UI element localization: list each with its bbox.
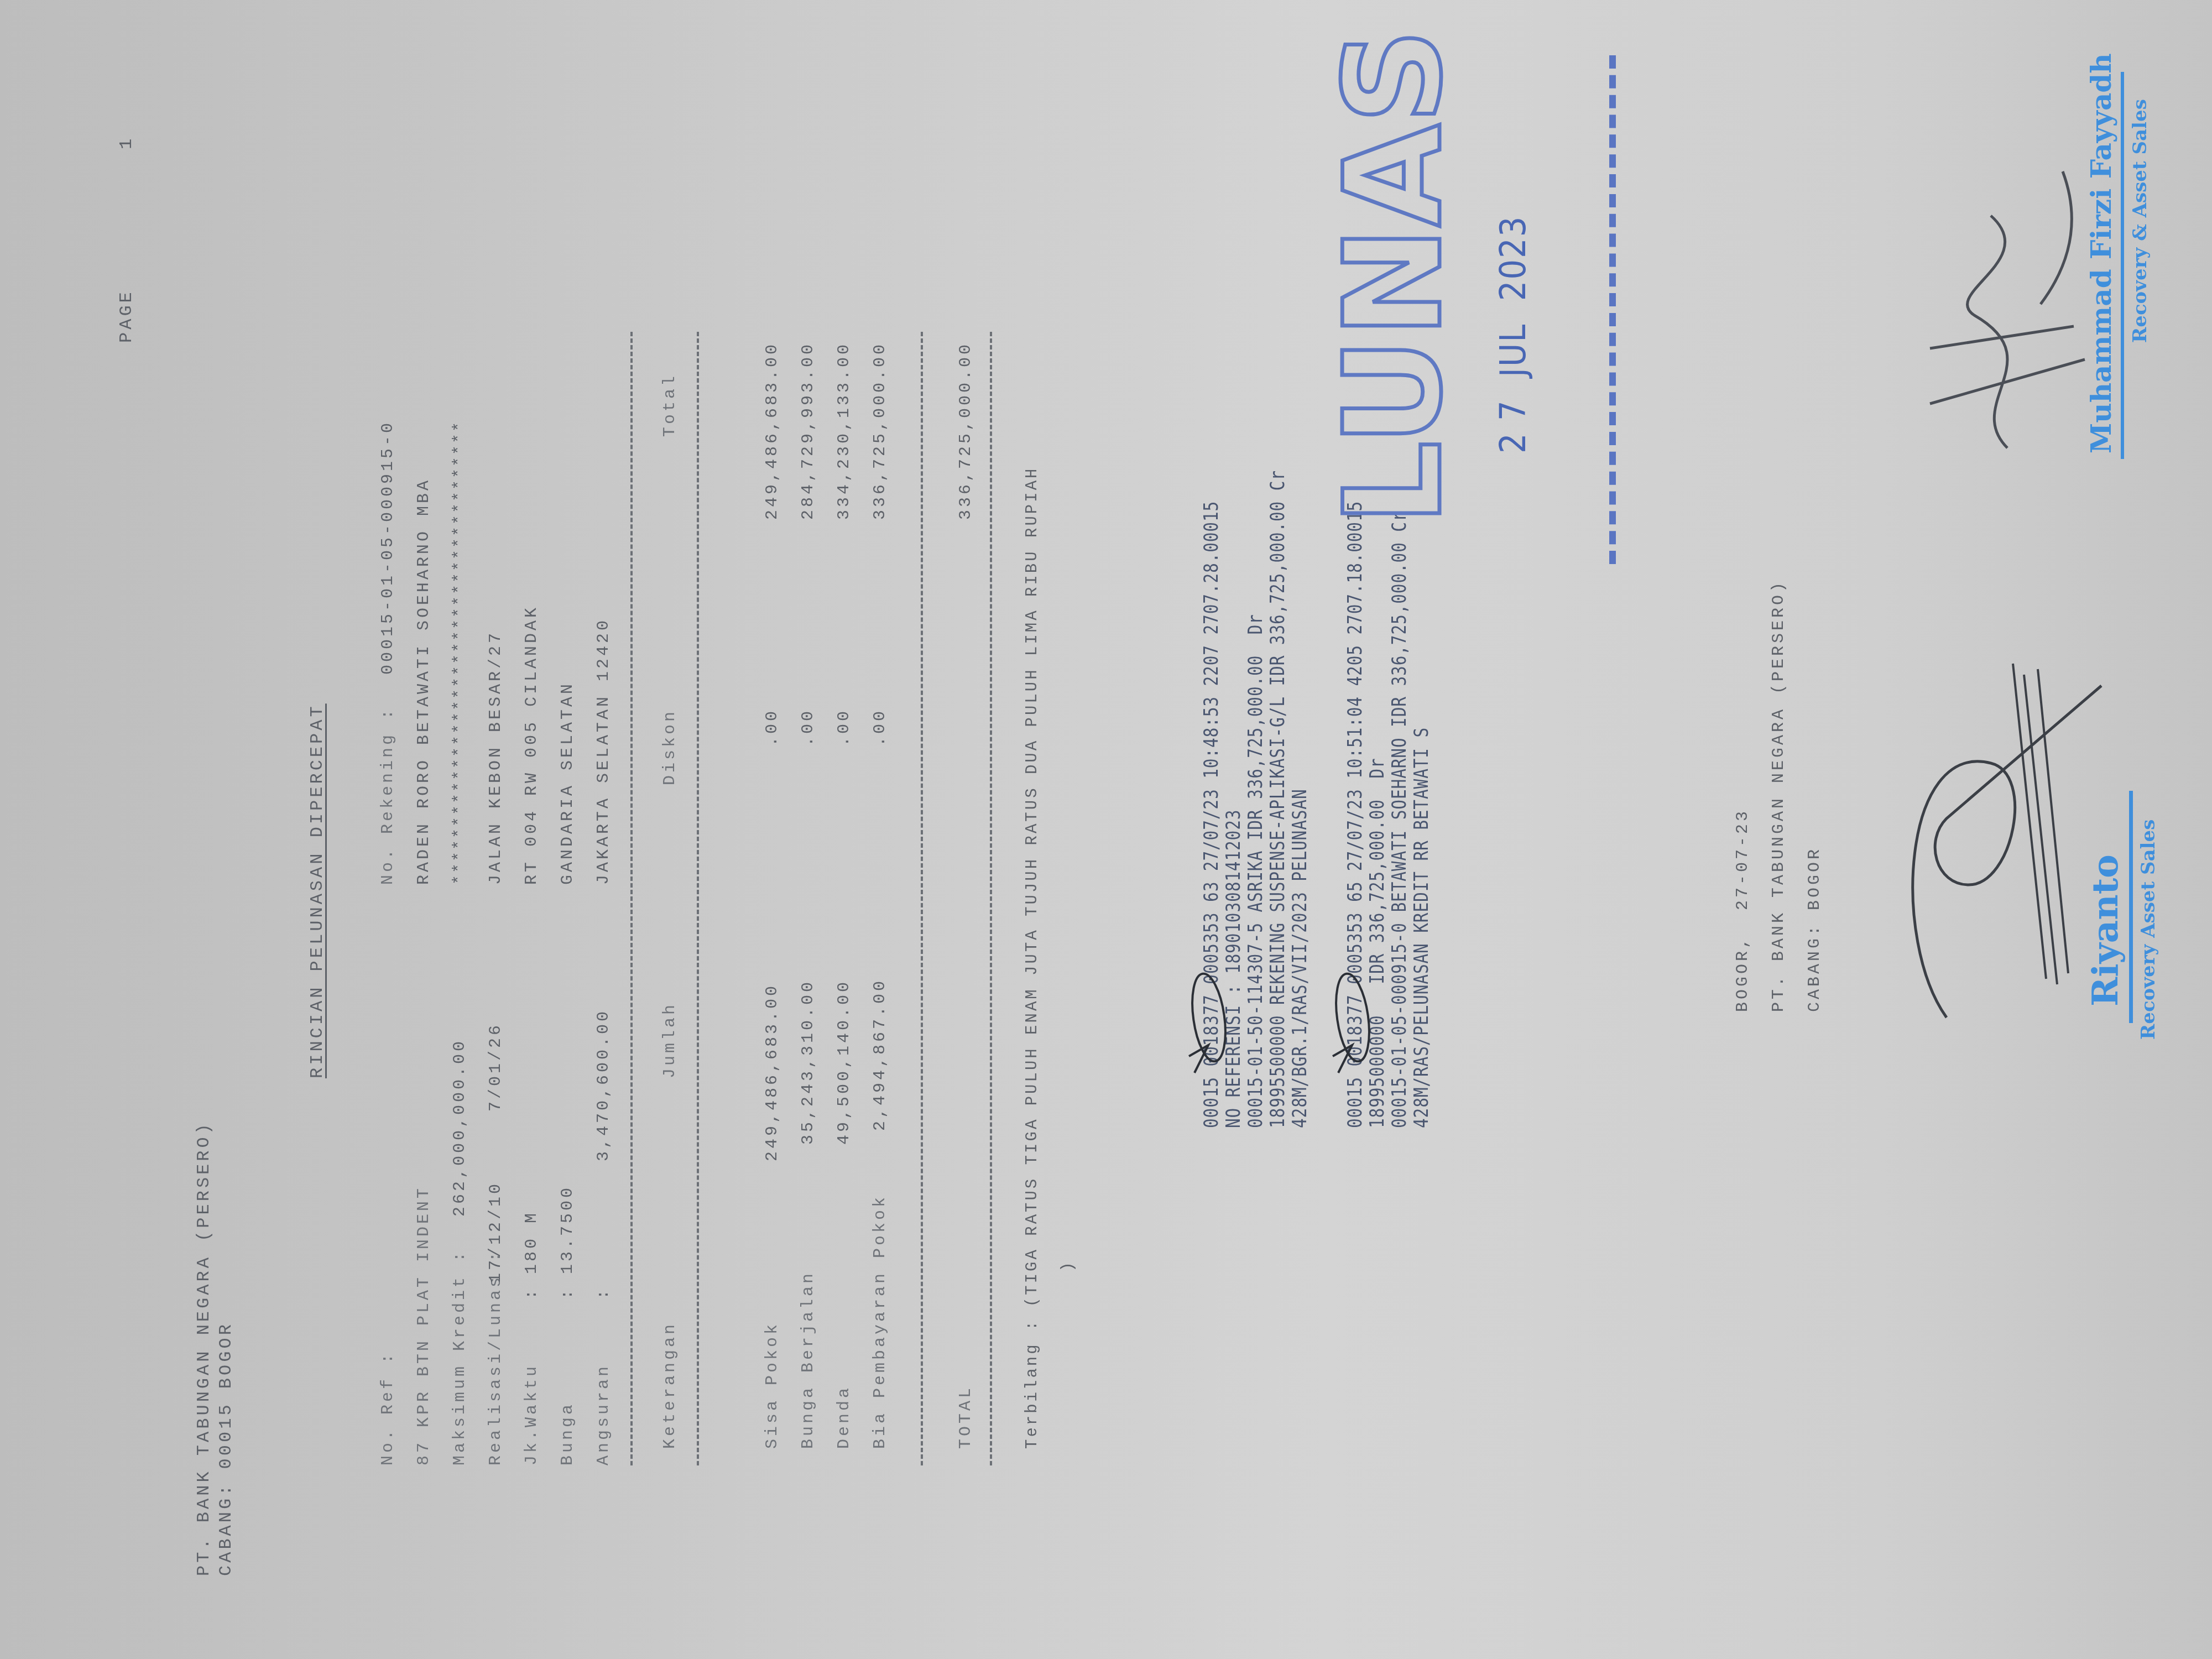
lunas-value: 7/01/26 (487, 1022, 505, 1112)
row-label: Denda (835, 1385, 854, 1449)
bunga-label: Bunga (559, 1402, 577, 1465)
row-total: 284,729,993.00 (799, 342, 818, 520)
terbilang-text: Terbilang : (TIGA RATUS TIGA PULUH ENAM … (1023, 467, 1041, 1449)
page-label: PAGE (116, 289, 137, 343)
address-line-2: RT 004 RW 005 CILANDAK (523, 605, 541, 885)
angsuran-value: 3,470,600.00 (594, 1009, 613, 1161)
row-diskon: .00 (799, 708, 818, 747)
no-rekening-value: 00015-01-05-000915-0 (379, 420, 398, 675)
maks-kredit-label: Maksimum Kredit : (451, 1249, 469, 1465)
maks-kredit-value: 262,000,000.00 (451, 1039, 469, 1217)
name-stamp-underline (2121, 72, 2124, 459)
terbilang-close: ) (1059, 1259, 1078, 1272)
no-rekening-label: No. Rekening : (379, 707, 398, 885)
lunas-stamp-word: LUNAS (1316, 28, 1471, 525)
row-diskon: .00 (871, 708, 890, 747)
row-diskon: .00 (835, 708, 854, 747)
settlement-document-page: PAGE 1 PT. BANK TABUNGAN NEGARA (PERSERO… (0, 0, 2212, 1659)
jk-waktu-label: Jk.Waktu (523, 1364, 541, 1465)
address-line-4: JAKARTA SELATAN 12420 (594, 618, 613, 885)
footer-branch: CABANG: BOGOR (1806, 847, 1824, 1012)
table-top-divider (630, 332, 633, 1465)
footer-bank-name: PT. BANK TABUNGAN NEGARA (PERSERO) (1770, 580, 1788, 1012)
col-header-total: Total (661, 373, 680, 437)
signature-muhammad-firzi (1908, 138, 2107, 470)
row-label: Bunga Berjalan (799, 1271, 818, 1449)
total-label: TOTAL (957, 1385, 975, 1449)
branch-label: CABANG: 00015 BOGOR (216, 1322, 236, 1576)
total-bottom-divider (990, 332, 992, 1465)
row-jumlah: 2,494,867.00 (871, 978, 890, 1131)
lunas-stamp-date: 2 7 JUL 2023 (1493, 216, 1534, 453)
no-ref-label: No. Ref : (379, 1351, 398, 1465)
pen-circle-marks (1183, 962, 1449, 1106)
header-divider (697, 332, 699, 1465)
total-top-divider (921, 332, 923, 1465)
footer-place-date: BOGOR, 27-07-23 (1734, 808, 1752, 1012)
account-holder-name: RADEN RORO BETAWATI SOEHARNO MBA (415, 478, 434, 885)
bunga-value: : 13.7500 (559, 1185, 577, 1300)
realisasi-value: 17/12/10 (487, 1181, 505, 1283)
row-label: Sisa Pokok (763, 1322, 782, 1449)
row-total: 334,230,133.00 (835, 342, 854, 520)
signatory-name: Riyanto (2085, 854, 2126, 1006)
row-total: 336,725,000.00 (871, 342, 890, 520)
row-jumlah: 49,500,140.00 (835, 979, 854, 1145)
row-label: Bia Pembayaran Pokok (871, 1194, 890, 1449)
col-header-jumlah: Jumlah (661, 1002, 680, 1078)
signature-riyanto (1880, 630, 2112, 1051)
name-stamp-underline (2129, 791, 2133, 1023)
angsuran-sep: : (594, 1287, 613, 1300)
product-name: 87 KPR BTN PLAT INDENT (415, 1186, 434, 1465)
angsuran-label: Angsuran (594, 1364, 613, 1465)
row-total: 249,486,683.00 (763, 342, 782, 520)
row-jumlah: 249,486,683.00 (763, 983, 782, 1161)
signatory-title: Recovery & Asset Sales (2129, 99, 2151, 343)
address-line-3: GANDARIA SELATAN (559, 681, 577, 885)
document-title: RINCIAN PELUNASAN DIPERCEPAT (307, 703, 327, 1078)
col-header-keterangan: Keterangan (661, 1322, 680, 1449)
jk-waktu-value: : 180 M (523, 1211, 541, 1300)
signatory-name: Muhammad Firzi Fayyadh (2085, 53, 2117, 453)
stamp-dashed-line (1609, 55, 1616, 564)
row-jumlah: 35,243,310.00 (799, 979, 818, 1145)
masked-field: **************************************** (451, 420, 469, 885)
address-line-1: JALAN KEBON BESAR/27 (487, 630, 505, 885)
bank-name: PT. BANK TABUNGAN NEGARA (PERSERO) (194, 1121, 214, 1576)
page-number: 1 (116, 136, 137, 149)
col-header-diskon: Diskon (661, 709, 680, 785)
total-value: 336,725,000.00 (957, 342, 975, 520)
row-diskon: .00 (763, 708, 782, 747)
signatory-title: Recovery Asset Sales (2137, 820, 2159, 1040)
